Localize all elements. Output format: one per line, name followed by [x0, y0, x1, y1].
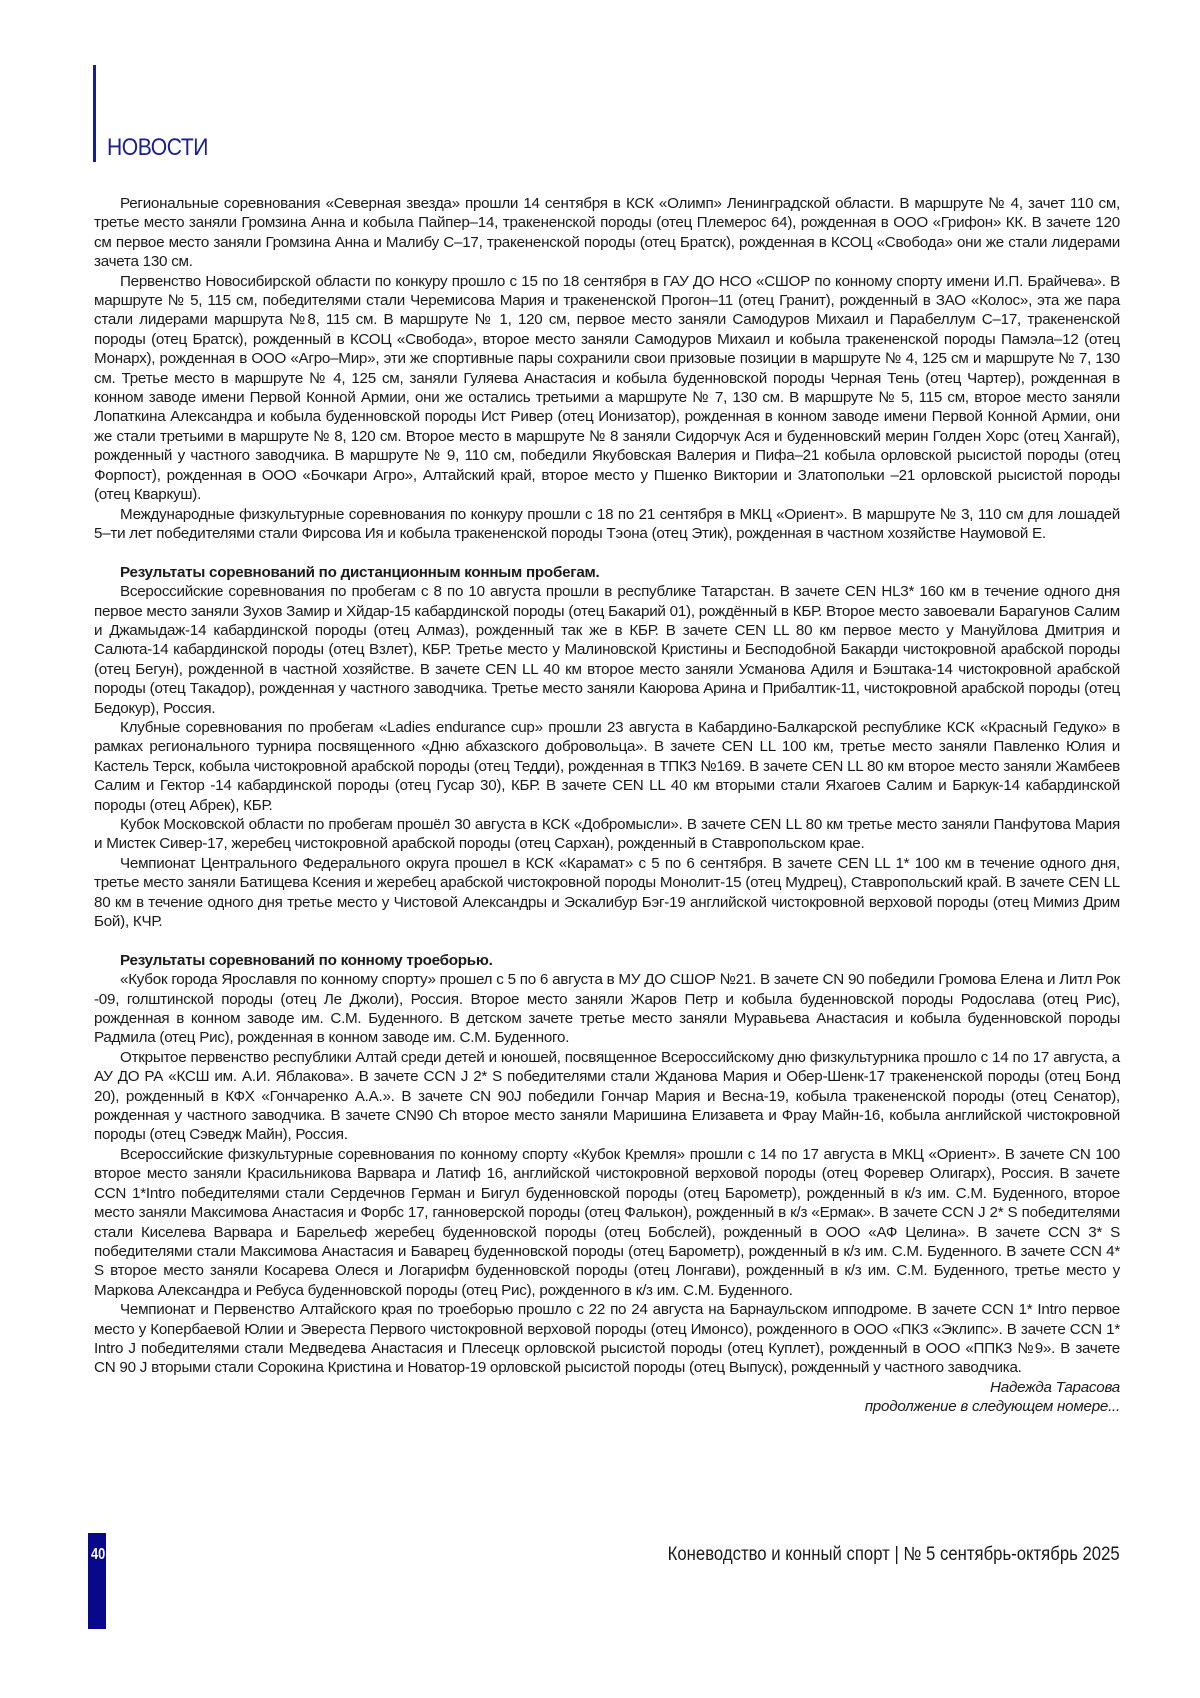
- paragraph: Открытое первенство республики Алтай сре…: [94, 1048, 1120, 1145]
- section-accent-bar: [93, 65, 96, 162]
- paragraph: Чемпионат Центрального Федерального окру…: [94, 854, 1120, 932]
- paragraph: Всероссийские соревнования по пробегам с…: [94, 582, 1120, 718]
- section-heading-endurance: Результаты соревнований по дистанционным…: [94, 563, 1120, 582]
- paragraph: Региональные соревнования «Северная звез…: [94, 194, 1120, 272]
- section-title: НОВОСТИ: [107, 134, 208, 162]
- author-signature: Надежда Тарасова: [94, 1378, 1120, 1397]
- article-body: Региональные соревнования «Северная звез…: [94, 194, 1120, 1417]
- paragraph: Клубные соревнования по пробегам «Ladies…: [94, 718, 1120, 815]
- publication-footer: Коневодство и конный спорт | № 5 сентябр…: [668, 1544, 1120, 1566]
- paragraph: Первенство Новосибирской области по конк…: [94, 272, 1120, 505]
- paragraph: Всероссийские физкультурные соревнования…: [94, 1145, 1120, 1300]
- paragraph: Международные физкультурные соревнования…: [94, 505, 1120, 544]
- continued-note: продолжение в следующем номере...: [94, 1397, 1120, 1416]
- paragraph: «Кубок города Ярославля по конному спорт…: [94, 970, 1120, 1048]
- paragraph: Чемпионат и Первенство Алтайского края п…: [94, 1300, 1120, 1378]
- paragraph: Кубок Московской области по пробегам про…: [94, 815, 1120, 854]
- section-heading-eventing: Результаты соревнований по конному троеб…: [94, 951, 1120, 970]
- page-number: 40: [91, 1546, 105, 1564]
